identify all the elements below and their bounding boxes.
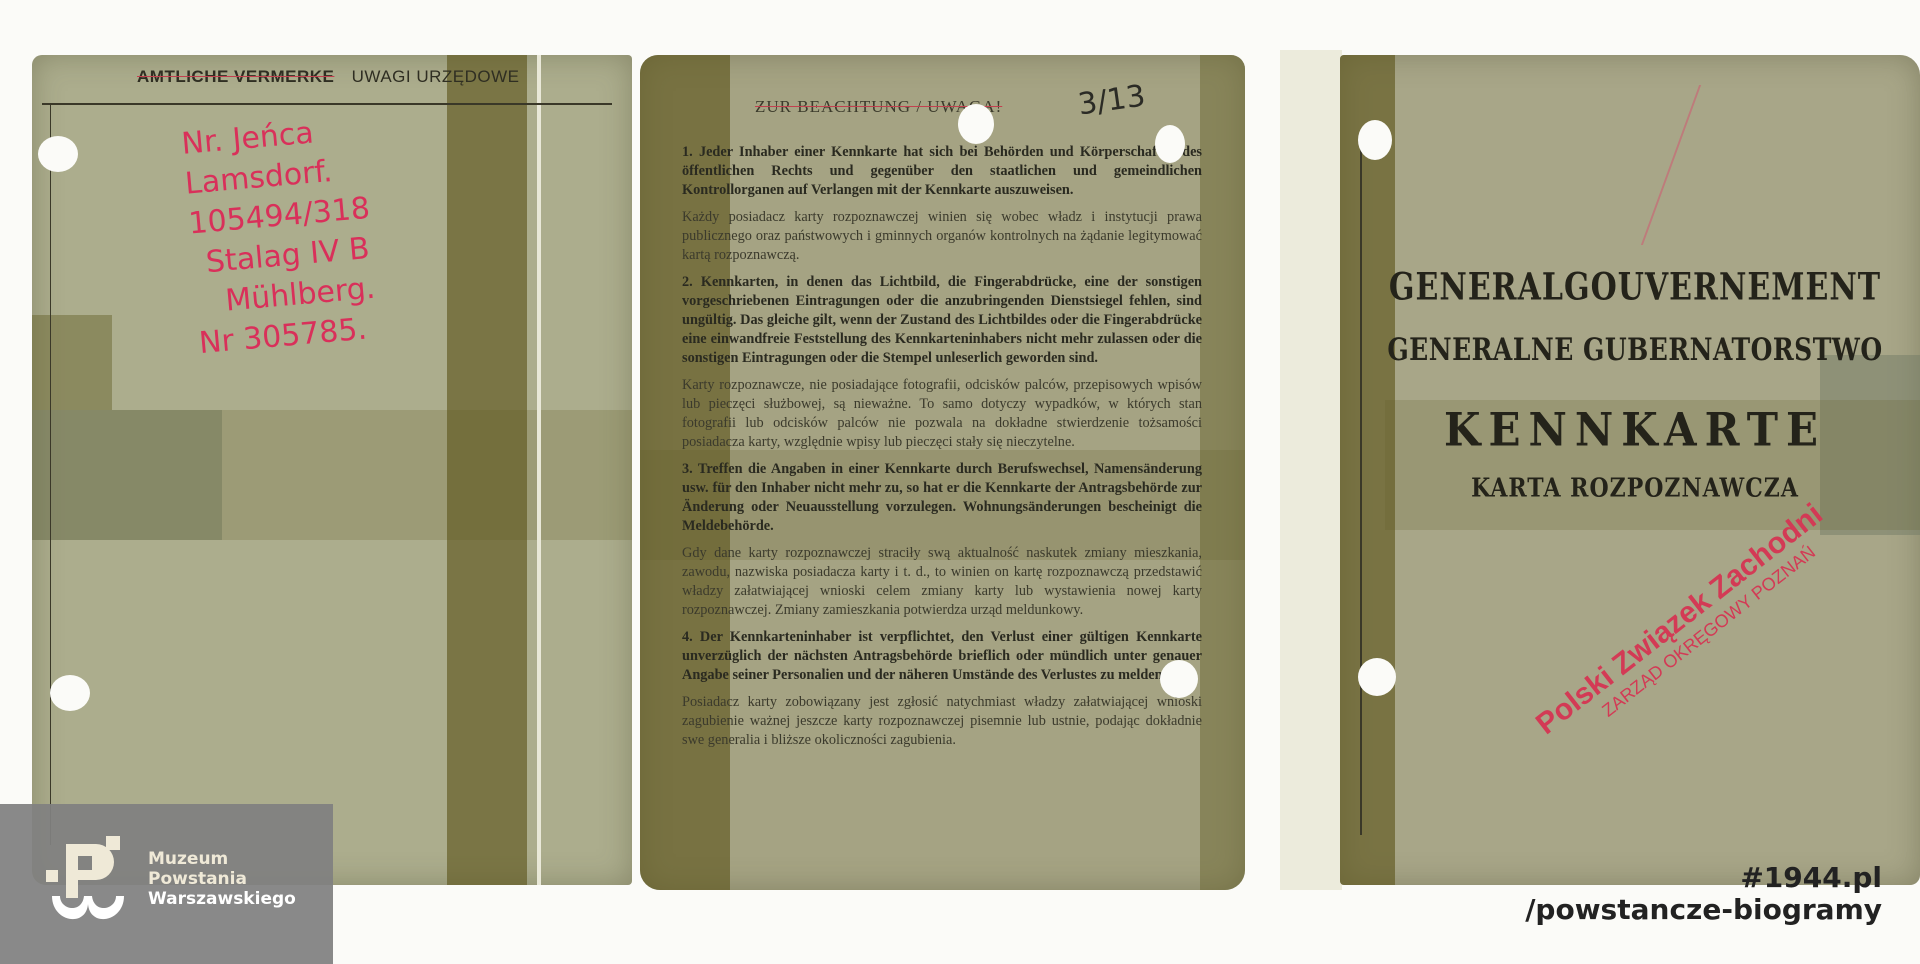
museum-line: Warszawskiego: [148, 889, 296, 909]
paragraph-pl: Gdy dane karty rozpoznawczej straciły sw…: [682, 544, 1202, 620]
handwritten-number: 3/13: [1076, 78, 1148, 122]
header-german: AMTLICHE VERMERKE: [137, 67, 334, 86]
document-page-official-notes: AMTLICHE VERMERKE UWAGI URZĘDOWE Nr. Jeń…: [32, 55, 632, 885]
museum-line: Powstania: [148, 869, 296, 889]
binding-line: [1360, 135, 1362, 835]
fold-line: [537, 55, 541, 885]
cover-title-kennkarte: KENNKARTE: [1385, 403, 1885, 457]
punch-hole: [1160, 660, 1198, 698]
paragraph-pl: Każdy posiadacz karty rozpoznawczej wini…: [682, 208, 1202, 265]
site-branding: #1944.pl /powstancze-biogramy: [1525, 862, 1882, 926]
document-page-instructions: ZUR BEACHTUNG / UWAGA! 3/13 1. Jeder Inh…: [640, 55, 1245, 890]
red-pencil-mark: [1641, 85, 1920, 245]
margin-line: [50, 103, 51, 845]
cover-line-generalgouvernement: GENERALGOUVERNEMENT: [1385, 266, 1885, 310]
paragraph-de: 1. Jeder Inhaber einer Kennkarte hat sic…: [682, 143, 1202, 200]
punch-hole: [958, 104, 994, 144]
tape-strip: [447, 55, 527, 885]
museum-line: Muzeum: [148, 849, 296, 869]
museum-logo-watermark: Muzeum Powstania Warszawskiego: [0, 804, 333, 964]
paragraph-pl: Karty rozpoznawcze, nie posiadające foto…: [682, 376, 1202, 452]
punch-hole: [38, 136, 78, 172]
site-path: /powstancze-biogramy: [1525, 894, 1882, 926]
punch-hole: [1155, 125, 1185, 163]
divider: [42, 103, 612, 105]
tape-strip: [32, 315, 112, 410]
binding-strip: [1280, 50, 1342, 890]
punch-hole: [50, 675, 90, 711]
paragraph-de: 4. Der Kennkarteninhaber ist verpflichte…: [682, 628, 1202, 685]
paragraph-de: 3. Treffen die Angaben in einer Kennkart…: [682, 460, 1202, 536]
hand-line: Nr 305785.: [197, 308, 382, 364]
punch-hole: [1358, 658, 1396, 696]
kotwica-anchor-icon: [44, 834, 129, 934]
stamp-line-2: ZARZĄD OKRĘGOWY POZNAŃ: [1598, 524, 1842, 721]
museum-name: Muzeum Powstania Warszawskiego: [148, 849, 296, 909]
paragraph-de: 2. Kennkarten, in denen das Lichtbild, d…: [682, 273, 1202, 368]
paragraph-pl: Posiadacz karty zobowiązany jest zgłosić…: [682, 693, 1202, 750]
handwritten-note: Nr. Jeńca Lamsdorf. 105494/318 Stalag IV…: [180, 109, 382, 364]
organization-stamp: Polski Związek Zachodni ZARZĄD OKRĘGOWY …: [1530, 497, 1842, 758]
official-notes-header: AMTLICHE VERMERKE UWAGI URZĘDOWE: [137, 67, 520, 87]
punch-hole: [1358, 120, 1392, 160]
instructions-body: 1. Jeder Inhaber einer Kennkarte hat sic…: [682, 143, 1202, 758]
tape-strip: [32, 410, 632, 540]
header-polish: UWAGI URZĘDOWE: [352, 67, 520, 86]
stamp-line-1: Polski Związek Zachodni: [1530, 497, 1829, 741]
document-page-cover: GENERALGOUVERNEMENT GENERALNE GUBERNATOR…: [1340, 55, 1920, 885]
site-hashtag: #1944.pl: [1525, 862, 1882, 894]
cover-line-generalne-gubernatorstwo: GENERALNE GUBERNATORSTWO: [1385, 331, 1885, 367]
